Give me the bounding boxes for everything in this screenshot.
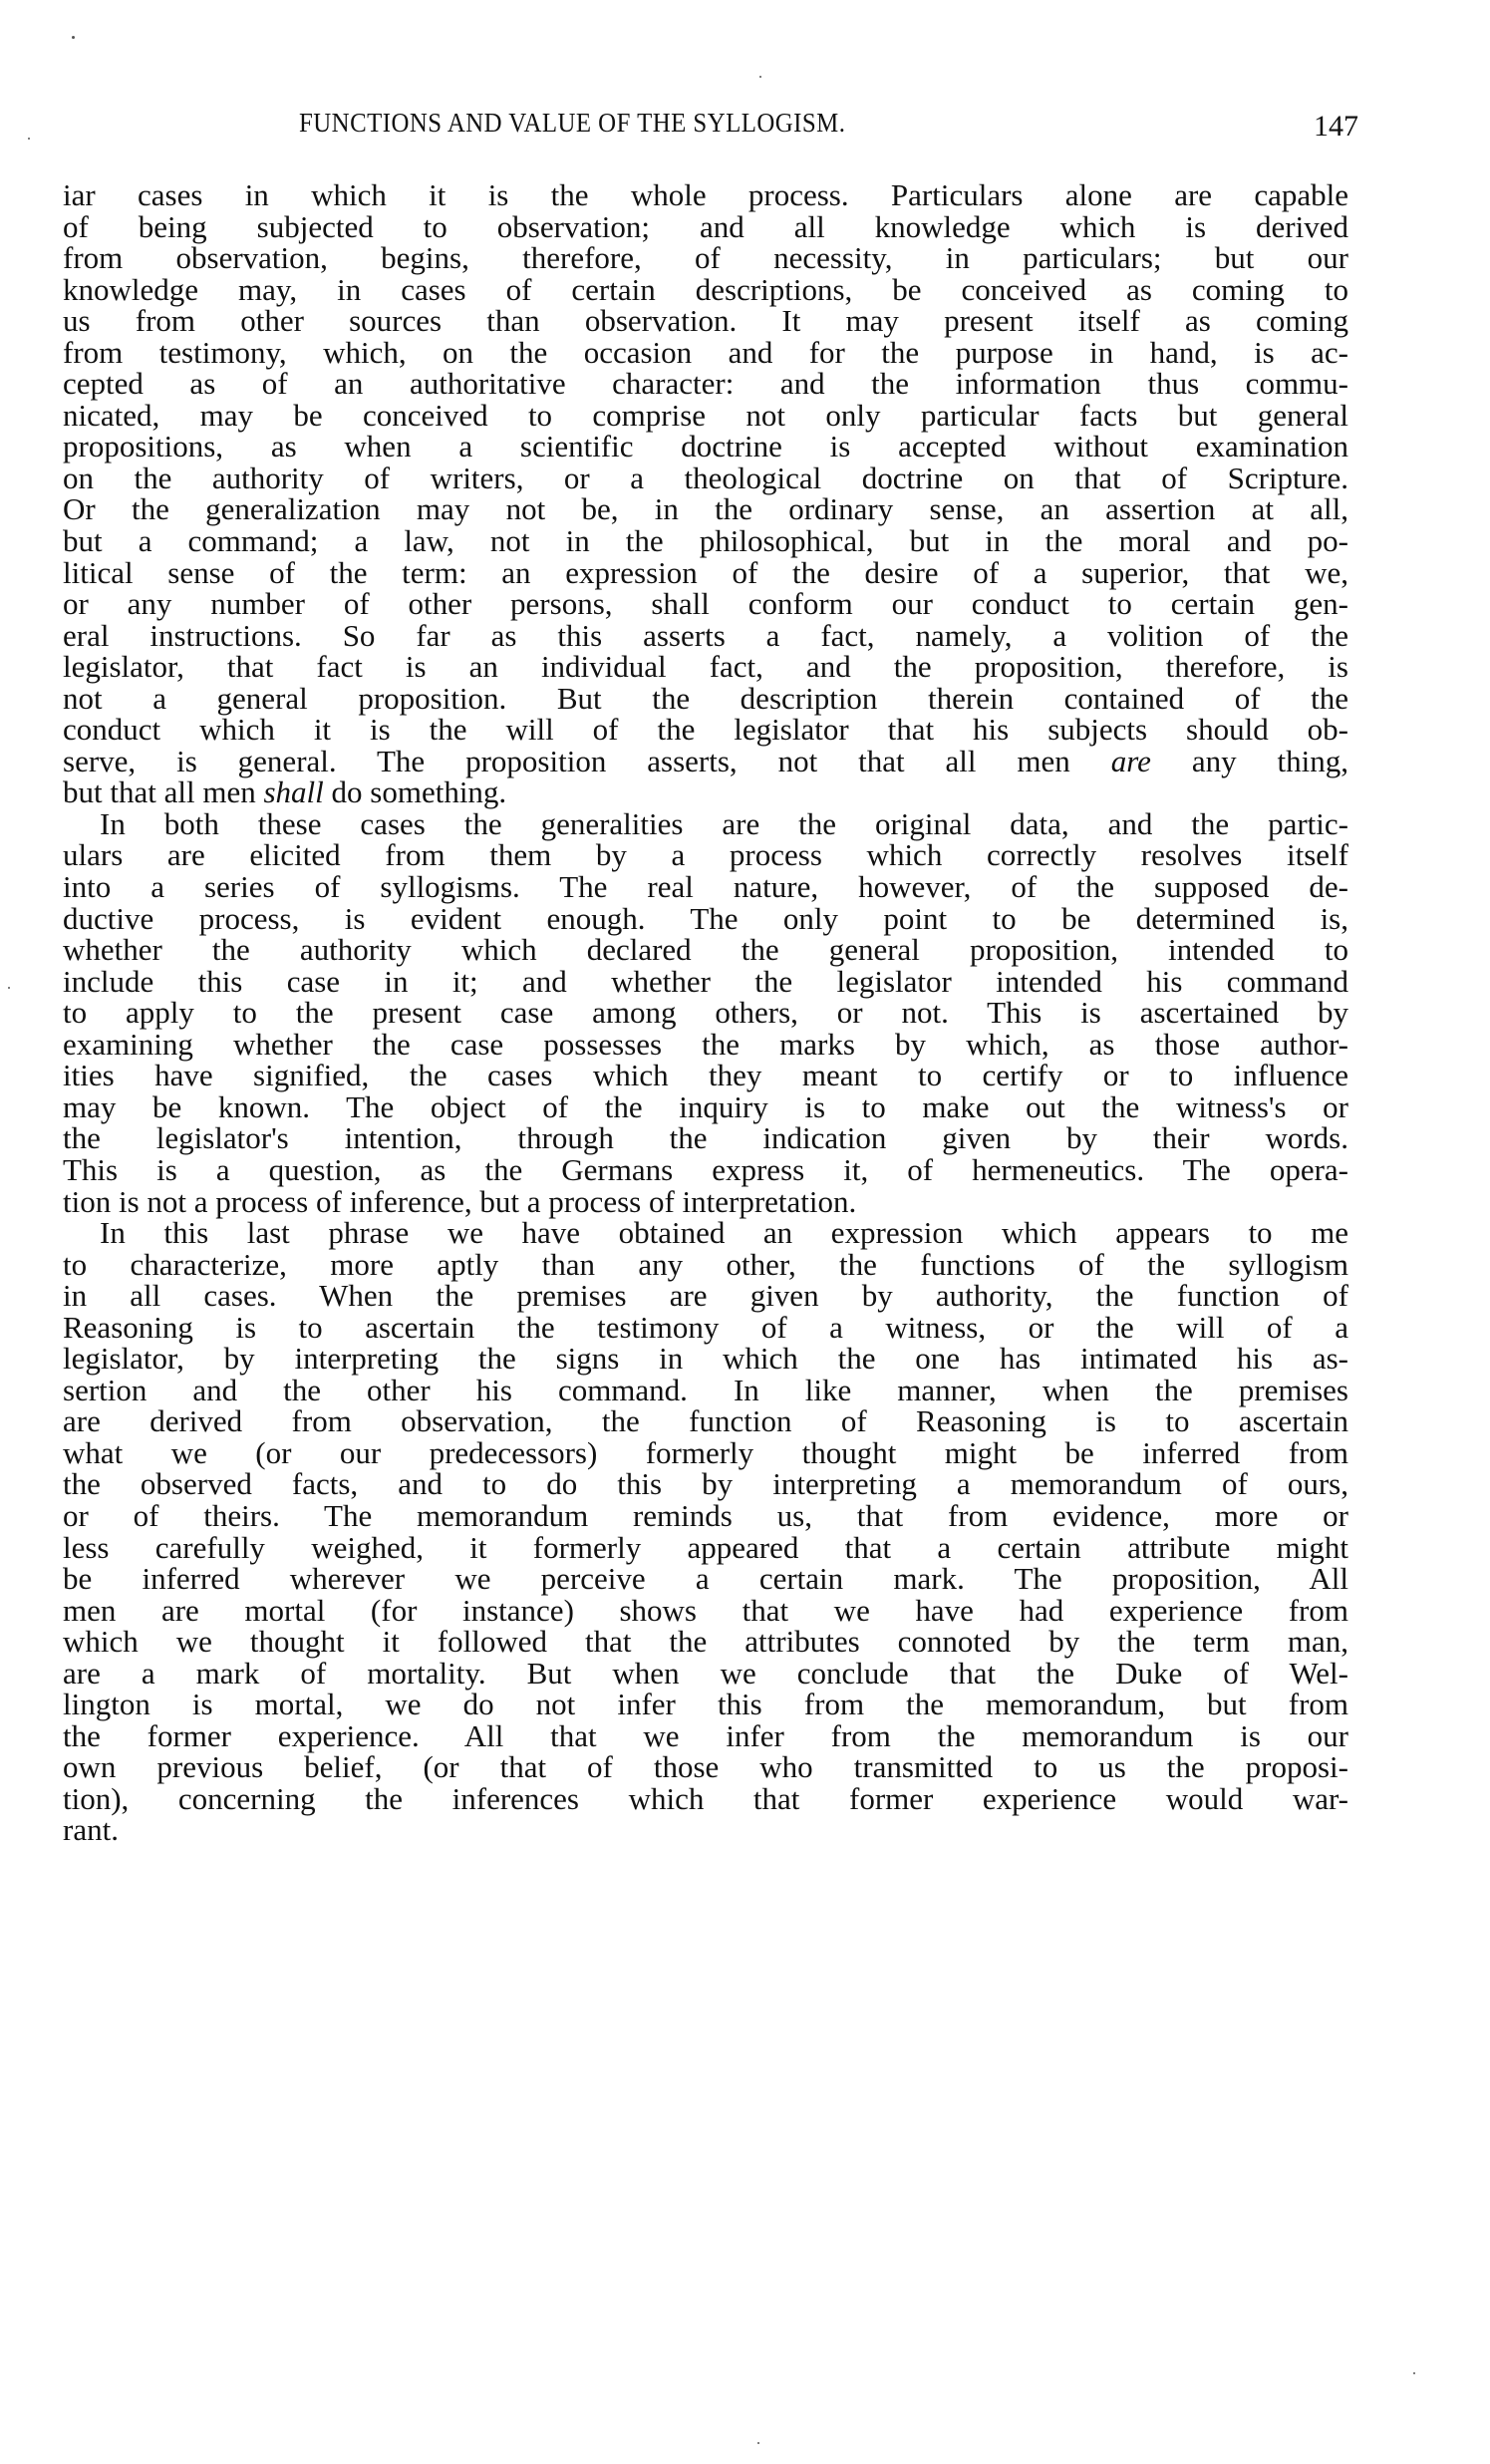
- scan-speck: [28, 138, 30, 140]
- text-line: but that all men shall do something.: [63, 776, 1348, 808]
- text-line: men are mortal (for instance) shows that…: [63, 1595, 1348, 1627]
- text-line: conduct which it is the will of the legi…: [63, 714, 1348, 746]
- text-line: ities have signified, the cases which th…: [63, 1060, 1348, 1091]
- text-line: ductive process, is evident enough. The …: [63, 903, 1348, 935]
- text-line: us from other sources than observation. …: [63, 305, 1348, 337]
- italic-word: shall: [263, 774, 323, 809]
- text-line: into a series of syllogisms. The real na…: [63, 871, 1348, 903]
- text-segment: but that all men: [63, 774, 263, 809]
- text-line: sertion and the other his command. In li…: [63, 1375, 1348, 1406]
- text-line: eral instructions. So far as this assert…: [63, 620, 1348, 652]
- text-line: from observation, begins, therefore, of …: [63, 242, 1348, 274]
- text-line: own previous belief, (or that of those w…: [63, 1751, 1348, 1783]
- text-line: on the authority of writers, or a theolo…: [63, 462, 1348, 494]
- text-line: what we (or our predecessors) formerly t…: [63, 1437, 1348, 1469]
- scan-speck: [8, 987, 10, 989]
- scan-speck: [1413, 2372, 1415, 2374]
- text-line: be inferred wherever we perceive a certa…: [63, 1563, 1348, 1595]
- text-line: the legislator's intention, through the …: [63, 1122, 1348, 1154]
- text-line: are a mark of mortality. But when we con…: [63, 1658, 1348, 1690]
- text-line: Reasoning is to ascertain the testimony …: [63, 1312, 1348, 1344]
- text-line: are derived from observation, the functi…: [63, 1405, 1348, 1437]
- text-line: to characterize, more aptly than any oth…: [63, 1249, 1348, 1281]
- text-line: ulars are elicited from them by a proces…: [63, 839, 1348, 871]
- text-line: rant.: [63, 1814, 1348, 1846]
- text-line: from testimony, which, on the occasion a…: [63, 337, 1348, 369]
- text-line: of being subjected to observation; and a…: [63, 211, 1348, 243]
- text-line: or of theirs. The memorandum reminds us,…: [63, 1500, 1348, 1532]
- text-line: whether the authority which declared the…: [63, 934, 1348, 966]
- page-number: 147: [1314, 110, 1358, 144]
- text-line: examining whether the case possesses the…: [63, 1029, 1348, 1061]
- text-line: iar cases in which it is the whole proce…: [63, 179, 1348, 211]
- text-segment: any thing,: [1151, 744, 1348, 778]
- text-line: nicated, may be conceived to comprise no…: [63, 400, 1348, 432]
- text-line: serve, is general. The proposition asser…: [63, 746, 1348, 777]
- scan-speck: [757, 2442, 759, 2444]
- scan-speck: [72, 36, 75, 39]
- text-line: legislator, by interpreting the signs in…: [63, 1343, 1348, 1375]
- scan-speck: [759, 76, 761, 78]
- text-line: tion), concerning the inferences which t…: [63, 1783, 1348, 1815]
- text-line: to apply to the present case among other…: [63, 997, 1348, 1029]
- running-head: FUNCTIONS AND VALUE OF THE SYLLOGISM. 14…: [0, 108, 1490, 148]
- text-line: less carefully weighed, it formerly appe…: [63, 1532, 1348, 1564]
- text-line: tion is not a process of inference, but …: [63, 1186, 1348, 1218]
- text-line: include this case in it; and whether the…: [63, 966, 1348, 998]
- text-line: Or the generalization may not be, in the…: [63, 493, 1348, 525]
- text-line: litical sense of the term: an expression…: [63, 557, 1348, 589]
- text-line: the observed facts, and to do this by in…: [63, 1468, 1348, 1500]
- text-line: propositions, as when a scientific doctr…: [63, 431, 1348, 462]
- running-title: FUNCTIONS AND VALUE OF THE SYLLOGISM.: [299, 108, 845, 139]
- text-line: may be known. The object of the inquiry …: [63, 1091, 1348, 1123]
- italic-word: are: [1111, 744, 1151, 778]
- text-line: legislator, that fact is an individual f…: [63, 651, 1348, 683]
- text-line: the former experience. All that we infer…: [63, 1720, 1348, 1752]
- text-line: which we thought it followed that the at…: [63, 1626, 1348, 1658]
- text-line: In both these cases the generalities are…: [63, 808, 1348, 840]
- text-line: but a command; a law, not in the philoso…: [63, 525, 1348, 557]
- text-line: not a general proposition. But the descr…: [63, 683, 1348, 715]
- text-line: in all cases. When the premises are give…: [63, 1280, 1348, 1312]
- book-page: FUNCTIONS AND VALUE OF THE SYLLOGISM. 14…: [0, 0, 1490, 2464]
- body-text: iar cases in which it is the whole proce…: [63, 179, 1348, 1846]
- text-line: lington is mortal, we do not infer this …: [63, 1689, 1348, 1720]
- text-line: cepted as of an authoritative character:…: [63, 368, 1348, 400]
- text-segment: serve, is general. The proposition asser…: [63, 744, 1111, 778]
- text-line: This is a question, as the Germans expre…: [63, 1154, 1348, 1186]
- text-segment: do something.: [324, 774, 506, 809]
- text-line: knowledge may, in cases of certain descr…: [63, 274, 1348, 306]
- text-line: or any number of other persons, shall co…: [63, 588, 1348, 620]
- text-line: In this last phrase we have obtained an …: [63, 1217, 1348, 1249]
